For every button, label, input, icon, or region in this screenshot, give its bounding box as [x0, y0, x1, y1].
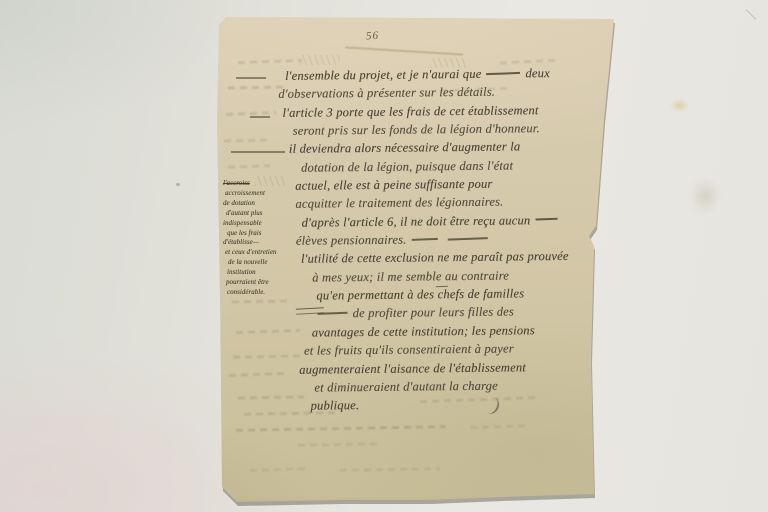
manuscript-paper: 56 l'accroiss accroissement de dotation … — [0, 0, 768, 512]
strikethrough-scribble — [447, 237, 487, 243]
handwritten-line: avantages de cette institution; les pens… — [271, 321, 570, 342]
gray-smudge — [690, 178, 720, 214]
yellow-stain — [670, 99, 689, 112]
margin-note-line: institution — [223, 268, 276, 278]
hatch-mark — [430, 58, 466, 68]
handwritten-line: à mes yeux; il me semble au contraire — [270, 266, 569, 287]
ghost-stroke — [224, 139, 268, 142]
handwritten-line: acquitter le traitement des légionnaires… — [269, 192, 568, 213]
ghost-stroke — [440, 87, 510, 92]
handwritten-line: d'observations à présenter sur les détai… — [268, 82, 567, 103]
margin-annotation: l'accroiss accroissement de dotation d'a… — [223, 179, 276, 298]
margin-note-line: de dotation — [223, 199, 276, 209]
ghost-stroke — [236, 329, 300, 334]
handwritten-line: l'ensemble du projet, et je n'aurai qued… — [268, 64, 567, 85]
ghost-stroke — [226, 111, 276, 115]
photograph-background: 56 l'accroiss accroissement de dotation … — [0, 0, 768, 512]
strikethrough-scribble — [318, 312, 348, 318]
handwritten-line: il deviendra alors nécessaire d'augmente… — [269, 137, 568, 158]
ghost-stroke — [470, 424, 530, 429]
ghost-stroke — [250, 467, 310, 472]
hatch-mark — [300, 55, 340, 65]
margin-note-line: d'établisse— — [223, 238, 276, 248]
margin-note-line: l'accroiss — [223, 179, 276, 189]
strikethrough-scribble — [411, 238, 437, 244]
page-number-mark: 56 — [366, 30, 380, 43]
lead-dash — [236, 77, 266, 79]
handwritten-line: dotation de la légion, puisque dans l'ét… — [269, 156, 568, 177]
margin-note-line: d'autant plus — [223, 209, 276, 219]
handwritten-line: de profiter pour leurs filles des — [270, 302, 569, 323]
margin-note-line: indispensable — [223, 219, 276, 229]
ghost-stroke — [232, 300, 288, 303]
margin-note-line: et ceux d'entretien — [223, 248, 276, 258]
manuscript-body: l'ensemble du projet, et je n'aurai qued… — [268, 64, 570, 416]
ghost-stroke — [500, 58, 560, 64]
handwritten-line: d'après l'article 6, il ne doit être reç… — [270, 211, 569, 232]
dust-speck — [176, 183, 180, 186]
ghost-stroke — [238, 395, 304, 399]
ghost-stroke — [244, 411, 340, 415]
handwritten-line: actuel, elle est à peine suffisante pour — [269, 174, 568, 195]
ghost-stroke — [236, 425, 446, 431]
ghost-stroke — [420, 396, 540, 403]
handwritten-line: publique. — [271, 394, 570, 415]
handwritten-line: l'article 3 porte que les frais de cet é… — [268, 101, 567, 122]
margin-note-line: accroissement — [223, 189, 276, 199]
scratch-mark — [746, 9, 757, 20]
ghost-stroke — [228, 164, 270, 168]
pencil-line — [345, 46, 463, 55]
margin-note-line: pourraient être — [223, 278, 276, 288]
lead-dash — [231, 151, 285, 153]
strikethrough-scribble — [296, 307, 324, 314]
strikethrough-scribble — [535, 218, 557, 224]
pen-flourish — [479, 393, 502, 416]
handwritten-line: et les fruits qu'ils consentiraient à pa… — [271, 339, 570, 360]
margin-note-line: considérable. — [223, 288, 276, 298]
lead-dash — [250, 116, 270, 118]
handwritten-line: et diminueraient d'autant la charge — [271, 376, 570, 397]
handwritten-line: l'utilité de cette exclusion ne me paraî… — [270, 247, 569, 268]
hatch-mark — [255, 176, 285, 186]
margin-note-line: que les frais — [223, 229, 276, 239]
handwritten-line: élèves pensionnaires. — [270, 229, 569, 250]
ghost-stroke — [229, 372, 287, 377]
handwritten-line: augmenteraient l'aisance de l'établissem… — [271, 357, 570, 378]
ghost-stroke — [233, 354, 305, 358]
ghost-stroke — [228, 86, 284, 89]
margin-note-line: de la nouvelle — [223, 258, 276, 268]
handwritten-line: qu'en permettant à des chefs de familles — [270, 284, 569, 305]
strikethrough-scribble — [486, 72, 520, 78]
ghost-stroke — [238, 59, 302, 64]
ghost-stroke — [298, 442, 378, 446]
insertion-mark — [436, 286, 448, 287]
ghost-stroke — [340, 467, 440, 471]
handwritten-line: seront pris sur les fonds de la légion d… — [269, 119, 568, 140]
